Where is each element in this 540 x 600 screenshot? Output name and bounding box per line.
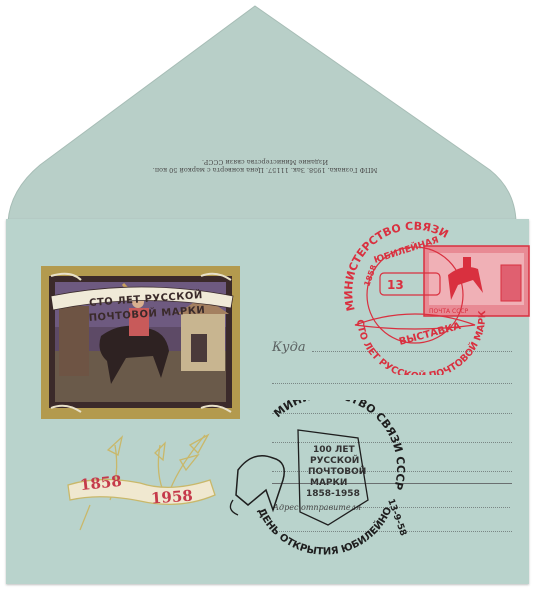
black-first-day-postmark: 100 ЛЕТ РУССКОЙ ПОЧТОВОЙ МАРКИ 1858-1958… [218,400,418,560]
year-end: 1958 [150,487,193,508]
red-commemorative-postmark: 13 1858 МИНИСТЕРСТВО СВЯЗИ ЮБИЛЕЙНАЯ ВЫС… [335,215,495,375]
imprint-line-2: Издание Министерства связи СССР. [140,158,390,166]
black-postmark-inner-4: МАРКИ [310,478,347,488]
black-postmark-inner-1: 100 ЛЕТ [313,445,356,455]
red-postmark-line3: ВЫСТАВКА [398,321,462,348]
envelope-scan: МПФ Гознака. 1958. Зак. 11157. Цена конв… [0,0,540,600]
red-postmark-top-text: МИНИСТЕРСТВО СВЯЗИ [342,220,450,313]
black-postmark-inner-5: 1858-1958 [306,489,360,499]
black-postmark-inner-3: ПОЧТОВОЙ [308,465,366,477]
red-postmark-year: 1858 [362,263,378,287]
illustration-panel: СТО ЛЕТ РУССКОЙ ПОЧТОВОЙ МАРКИ [41,266,240,419]
red-postmark-date: 13 [387,278,404,292]
address-to-label: Куда [272,340,306,355]
black-postmark-inner-2: РУССКОЙ [310,454,359,466]
imprint-line-1: МПФ Гознака. 1958. Зак. 11157. Цена конв… [140,166,390,174]
address-line-2[interactable] [272,383,512,384]
black-postmark-bottom-text: ДЕНЬ ОТКРЫТИЯ ЮБИЛЕЙНОЙ ВЫСТАВКИ [218,400,394,558]
flap-imprint: МПФ Гознака. 1958. Зак. 11157. Цена конв… [140,158,390,174]
svg-text:ДЕНЬ ОТКРЫТИЯ ЮБИЛЕЙНОЙ ВЫСТАВ: ДЕНЬ ОТКРЫТИЯ ЮБИЛЕЙНОЙ ВЫСТАВКИ [218,400,394,558]
svg-text:МИНИСТЕРСТВО СВЯЗИ: МИНИСТЕРСТВО СВЯЗИ [342,220,450,313]
